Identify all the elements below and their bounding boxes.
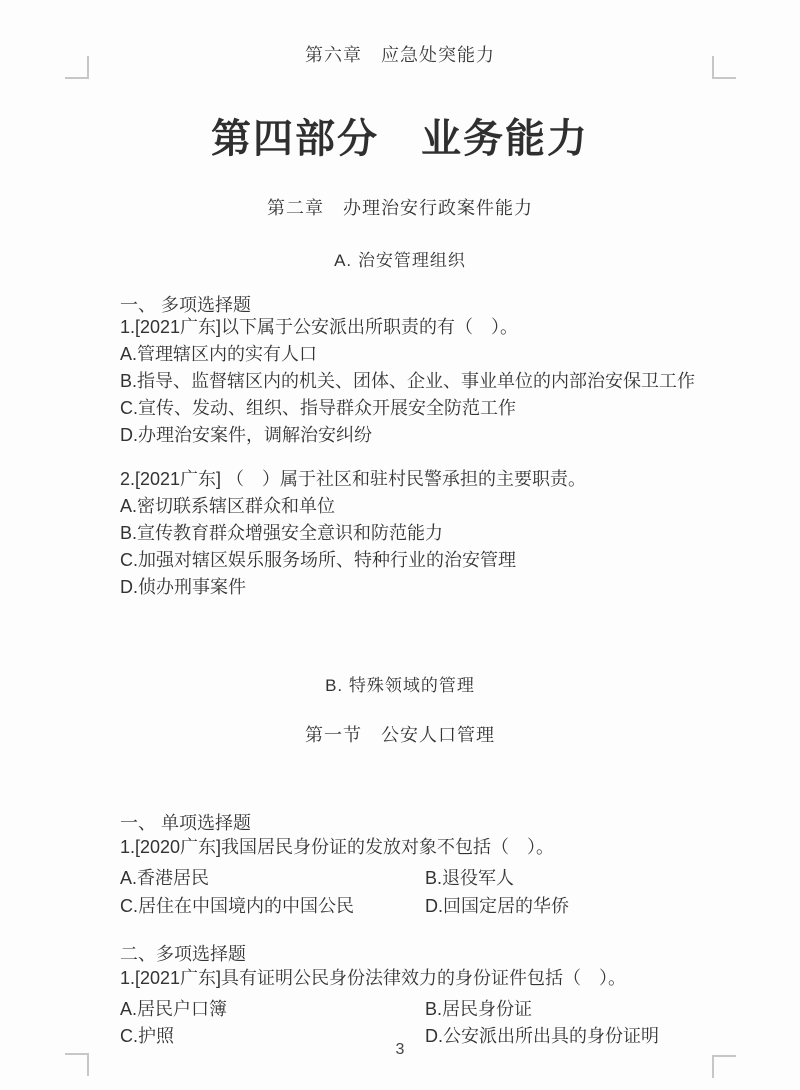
question-block-a2: 2.[2021广东] （ ）属于社区和驻村民警承担的主要职责。 A.密切联系辖区… bbox=[120, 466, 700, 601]
section-b-heading: B. 特殊领域的管理 bbox=[0, 671, 800, 696]
option-d: D.回国定居的华侨 bbox=[425, 892, 569, 918]
page-number: 3 bbox=[0, 1041, 800, 1059]
option-row: A.居民户口簿 B.居民身份证 bbox=[120, 995, 740, 1017]
part-title: 第四部分 业务能力 bbox=[0, 107, 800, 164]
section-a-multi-choice-label: 一、 多项选择题 bbox=[120, 291, 700, 311]
option-c: C.居住在中国境内的中国公民 bbox=[120, 896, 354, 916]
option-b: B.宣传教育群众增强安全意识和防范能力 bbox=[120, 520, 700, 547]
option-b: B.退役军人 bbox=[425, 864, 514, 890]
question-stem-b1: 1.[2020广东]我国居民身份证的发放对象不包括（ ）。 bbox=[120, 833, 700, 859]
question-block-a1: 1.[2021广东]以下属于公安派出所职责的有（ ）。 A.管理辖区内的实有人口… bbox=[120, 314, 700, 449]
option-a: A.香港居民 bbox=[120, 868, 209, 888]
section-b-single-choice-label: 一、 单项选择题 bbox=[120, 809, 700, 829]
option-b: B.指导、监督辖区内的机关、团体、企业、事业单位的内部治安保卫工作 bbox=[120, 368, 700, 395]
option-c: C.加强对辖区娱乐服务场所、特种行业的治安管理 bbox=[120, 547, 700, 574]
running-header: 第六章 应急处突能力 bbox=[0, 41, 800, 67]
scanned-book-page: 第六章 应急处突能力 第四部分 业务能力 第二章 办理治安行政案件能力 A. 治… bbox=[0, 0, 800, 1090]
option-d: D.办理治安案件，调解治安纠纷 bbox=[120, 422, 700, 449]
option-row: A.香港居民 B.退役军人 bbox=[120, 864, 740, 886]
option-c: C.宣传、发动、组织、指导群众开展安全防范工作 bbox=[120, 395, 700, 422]
question-stem-b2: 1.[2021广东]具有证明公民身份法律效力的身份证件包括（ ）。 bbox=[120, 964, 700, 990]
question-stem: 1.[2021广东]以下属于公安派出所职责的有（ ）。 bbox=[120, 314, 700, 341]
option-a: A.居民户口簿 bbox=[120, 999, 227, 1019]
option-d: D.侦办刑事案件 bbox=[120, 574, 700, 601]
option-a: A.密切联系辖区群众和单位 bbox=[120, 493, 700, 520]
option-b: B.居民身份证 bbox=[425, 995, 532, 1021]
chapter-title: 第二章 办理治安行政案件能力 bbox=[0, 194, 800, 220]
question-stem: 2.[2021广东] （ ）属于社区和驻村民警承担的主要职责。 bbox=[120, 466, 700, 493]
option-row: C.居住在中国境内的中国公民 D.回国定居的华侨 bbox=[120, 892, 740, 914]
section-b-subheading: 第一节 公安人口管理 bbox=[0, 721, 800, 747]
section-b-multi-choice-label: 二、多项选择题 bbox=[120, 940, 700, 960]
section-a-heading: A. 治安管理组织 bbox=[0, 246, 800, 271]
option-a: A.管理辖区内的实有人口 bbox=[120, 341, 700, 368]
